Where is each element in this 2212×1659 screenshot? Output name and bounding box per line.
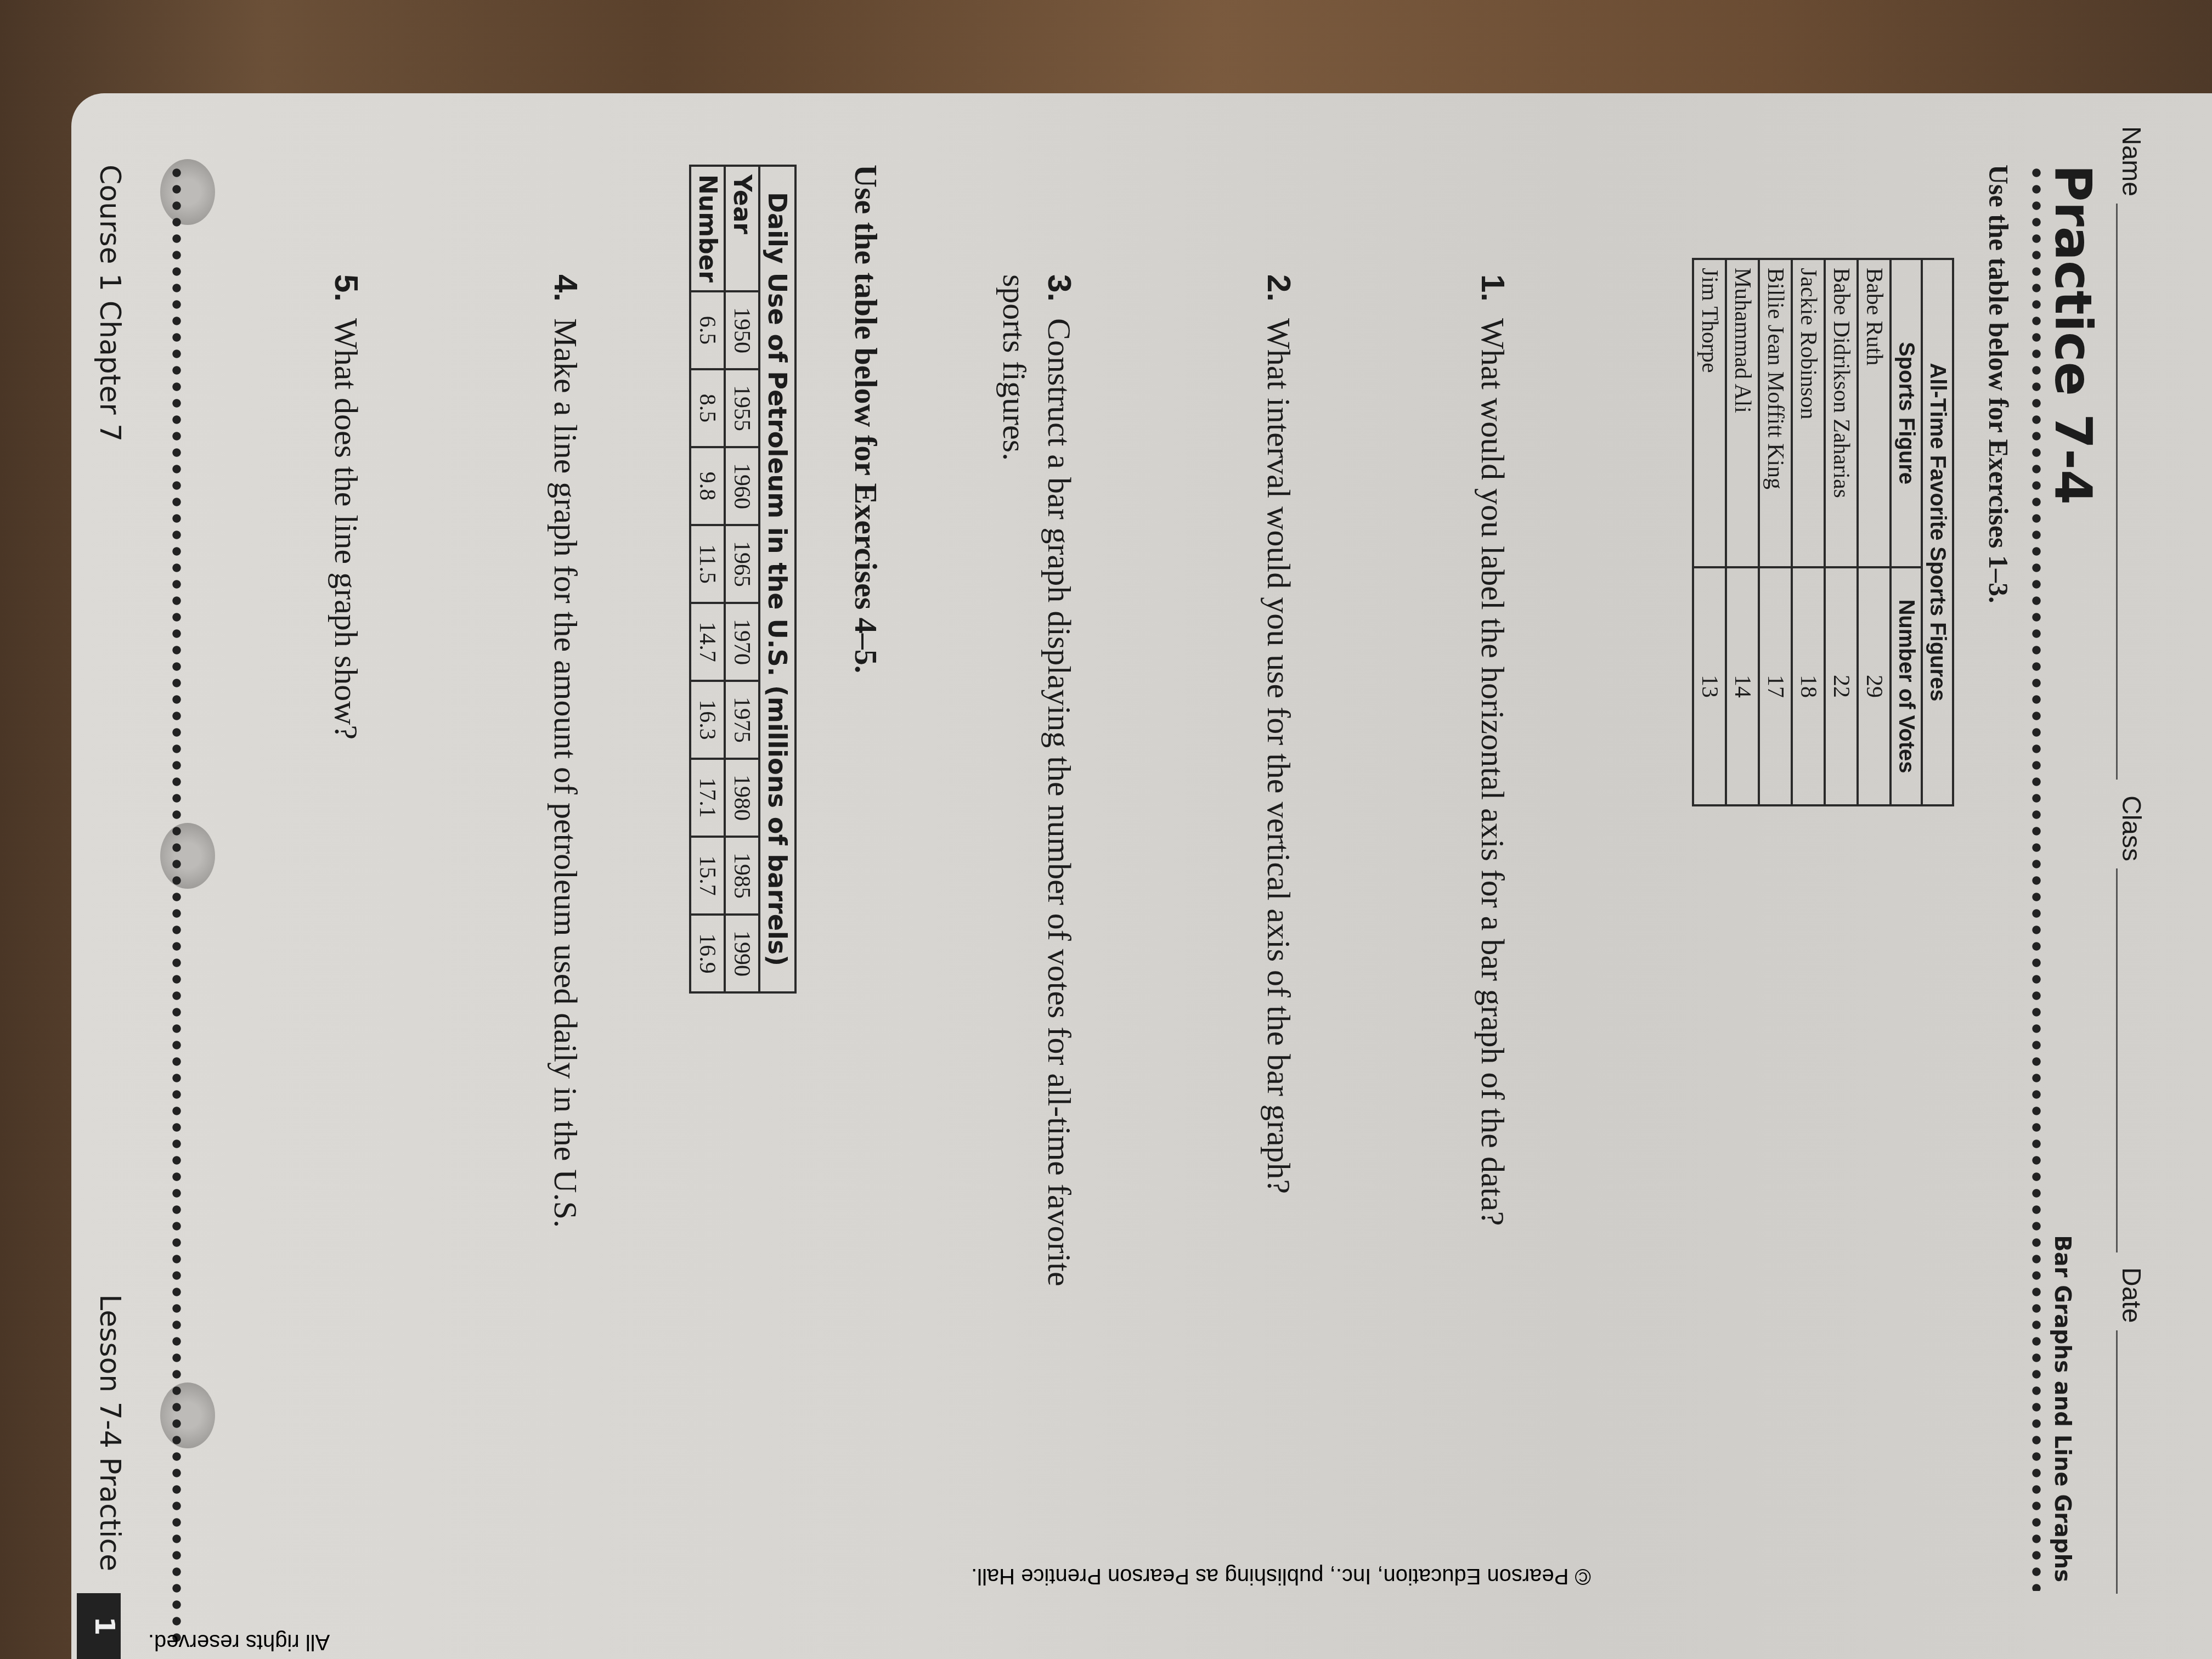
question-number: 3. <box>1041 274 1078 302</box>
copyright-notice: © Pearson Education, Inc., publishing as… <box>971 1564 1591 1588</box>
dotted-divider-footer <box>171 165 182 1646</box>
footer-lesson: Lesson 7-4 Practice <box>93 1294 126 1571</box>
question-number: 4. <box>548 274 584 302</box>
votes-cell: 29 <box>1858 567 1891 805</box>
sports-figures-table: All-Time Favorite Sports Figures Sports … <box>1692 258 1954 806</box>
worksheet-paper: Name Class Date Practice 7-4 Bar Graphs … <box>71 93 2212 1659</box>
table-row: Billie Jean Moffitt King17 <box>1759 259 1792 805</box>
sports-table-caption: All-Time Favorite Sports Figures <box>1922 259 1953 805</box>
year-cell: 1990 <box>725 915 759 992</box>
number-cell: 16.9 <box>690 915 725 992</box>
year-cell: 1975 <box>725 681 759 759</box>
question-number: 1. <box>1475 274 1511 302</box>
number-cell: 14.7 <box>690 603 725 681</box>
row-label: Year <box>725 166 759 291</box>
dotted-divider <box>2031 165 2042 1591</box>
figure-cell: Muhammad Ali <box>1726 259 1759 567</box>
question-number: 5. <box>328 274 365 302</box>
date-label: Date <box>2117 1267 2146 1323</box>
lesson-topic: Bar Graphs and Line Graphs <box>2050 1235 2075 1582</box>
figure-cell: Babe Didrikson Zaharias <box>1825 259 1858 567</box>
table-row: Babe Didrikson Zaharias22 <box>1825 259 1858 805</box>
class-field[interactable]: Class <box>2116 795 2146 1252</box>
rights-notice: All rights reserved. <box>148 1629 330 1654</box>
number-cell: 9.8 <box>690 447 725 525</box>
number-cell: 17.1 <box>690 759 725 837</box>
column-header: Number of Votes <box>1891 567 1922 805</box>
votes-cell: 13 <box>1693 567 1726 805</box>
class-line[interactable] <box>2116 868 2140 1252</box>
year-cell: 1965 <box>725 525 759 603</box>
votes-cell: 22 <box>1825 567 1858 805</box>
question-text: Construct a bar graph displaying the num… <box>996 274 1077 1286</box>
number-cell: 11.5 <box>690 525 725 603</box>
year-cell: 1985 <box>725 837 759 915</box>
figure-cell: Jim Thorpe <box>1693 259 1726 567</box>
table-row: Muhammad Ali14 <box>1726 259 1759 805</box>
votes-cell: 17 <box>1759 567 1792 805</box>
date-field[interactable]: Date <box>2116 1267 2146 1594</box>
number-row: Number 6.5 8.5 9.8 11.5 14.7 16.3 17.1 1… <box>690 166 725 992</box>
name-line[interactable] <box>2116 204 2140 780</box>
table-row: Jackie Robinson18 <box>1792 259 1825 805</box>
question-5: 5.What does the line graph show? <box>324 274 369 1317</box>
petroleum-table-caption: Daily Use of Petroleum in the U.S. (mill… <box>759 166 795 992</box>
year-cell: 1970 <box>725 603 759 681</box>
votes-cell: 18 <box>1792 567 1825 805</box>
year-cell: 1955 <box>725 369 759 447</box>
number-cell: 8.5 <box>690 369 725 447</box>
table-row: Babe Ruth29 <box>1858 259 1891 805</box>
question-4: 4.Make a line graph for the amount of pe… <box>543 274 588 1317</box>
figure-cell: Babe Ruth <box>1858 259 1891 567</box>
number-cell: 16.3 <box>690 681 725 759</box>
year-cell: 1960 <box>725 447 759 525</box>
question-2: 2.What interval would you use for the ve… <box>1256 274 1301 1317</box>
question-3: 3.Construct a bar graph displaying the n… <box>992 274 1082 1317</box>
figure-cell: Jackie Robinson <box>1792 259 1825 567</box>
instructions-exercises-1-3: Use the table below for Exercises 1–3. <box>1983 165 2015 603</box>
year-row: Year 1950 1955 1960 1965 1970 1975 1980 … <box>725 166 759 992</box>
year-cell: 1980 <box>725 759 759 837</box>
binder-hole <box>160 159 215 225</box>
footer-course: Course 1 Chapter 7 <box>93 165 126 442</box>
column-header: Sports Figure <box>1891 259 1922 567</box>
year-cell: 1950 <box>725 291 759 369</box>
page-number: 1 <box>77 1593 121 1659</box>
table-row: Jim Thorpe13 <box>1693 259 1726 805</box>
votes-cell: 14 <box>1726 567 1759 805</box>
class-label: Class <box>2117 795 2146 861</box>
question-1: 1.What would you label the horizontal ax… <box>1470 274 1515 1317</box>
name-label: Name <box>2117 126 2146 196</box>
question-text: What interval would you use for the vert… <box>1261 318 1297 1194</box>
figure-cell: Billie Jean Moffitt King <box>1759 259 1792 567</box>
binder-hole <box>160 1383 215 1448</box>
name-field[interactable]: Name <box>2116 126 2146 780</box>
question-text: What does the line graph show? <box>328 318 364 740</box>
worksheet-page: Name Class Date Practice 7-4 Bar Graphs … <box>71 93 2212 1659</box>
number-cell: 15.7 <box>690 837 725 915</box>
binder-hole <box>160 823 215 889</box>
date-line[interactable] <box>2116 1330 2140 1594</box>
number-cell: 6.5 <box>690 291 725 369</box>
petroleum-table: Daily Use of Petroleum in the U.S. (mill… <box>689 165 797 994</box>
question-text: Make a line graph for the amount of petr… <box>548 318 584 1228</box>
instructions-exercises-4-5: Use the table below for Exercises 4–5. <box>848 165 884 673</box>
question-text: What would you label the horizontal axis… <box>1475 318 1511 1226</box>
page-title: Practice 7-4 <box>2044 165 2102 505</box>
row-label: Number <box>690 166 725 291</box>
question-number: 2. <box>1261 274 1297 302</box>
